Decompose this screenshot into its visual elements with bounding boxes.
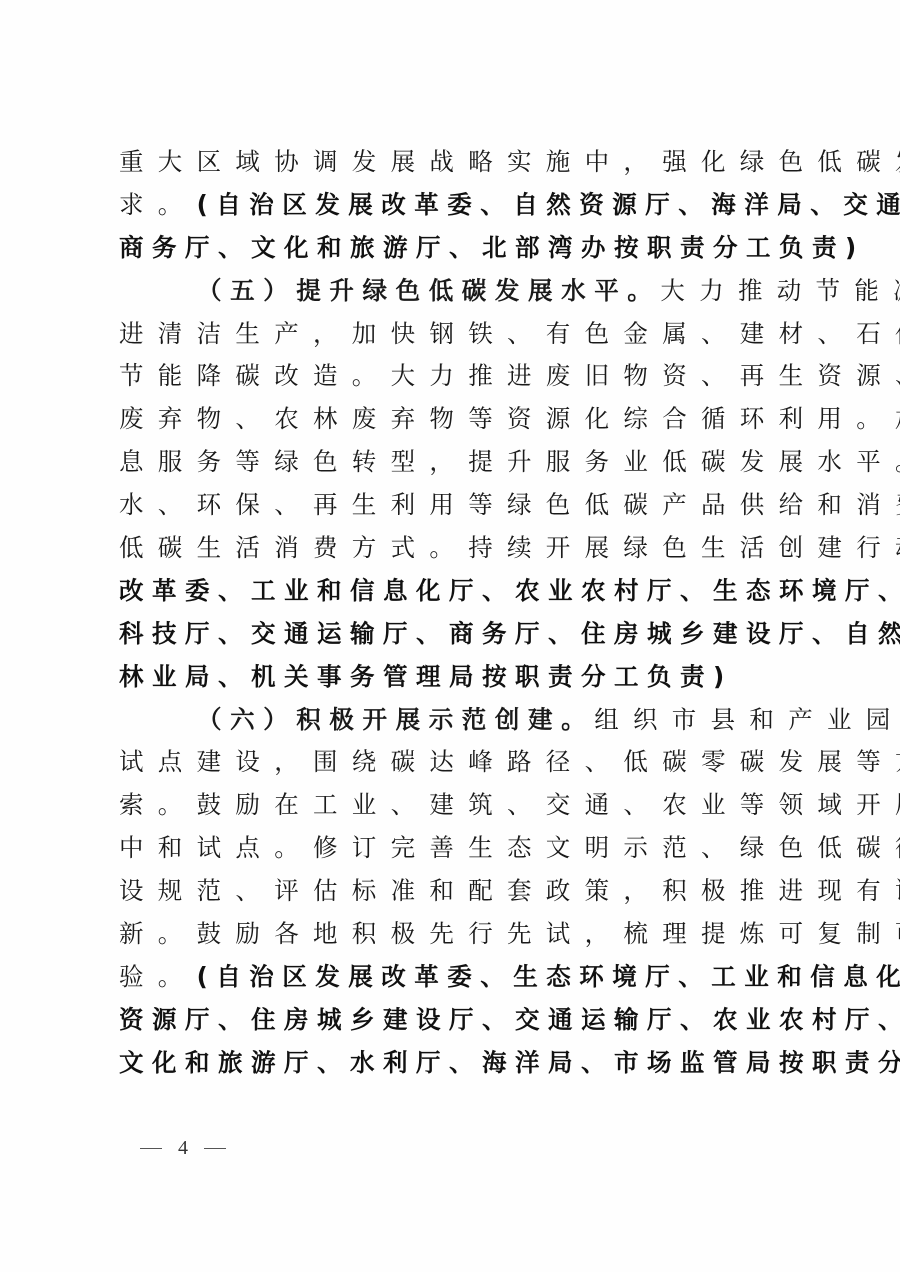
page-number: 4 [178, 1137, 188, 1160]
text-line: （六）积极开展示范创建。组织市县和产业园区开展碳达峰 [119, 699, 785, 742]
text-line: 新。鼓励各地积极先行先试，梳理提炼可复制可推广的典型经 [119, 913, 785, 956]
section-heading: （六）积极开展示范创建。 [197, 705, 594, 734]
text-line: 求。(自治区发展改革委、自然资源厅、海洋局、交通运输厅、 [119, 184, 785, 227]
text-line: 验。(自治区发展改革委、生态环境厅、工业和信息化厅、自然 [119, 956, 785, 999]
text-line: 科技厅、交通运输厅、商务厅、住房城乡建设厅、自然资源厅、 [119, 613, 785, 656]
document-page: 重大区域协调发展战略实施中，强化绿色低碳发展导向和任务要求。(自治区发展改革委、… [0, 0, 900, 1272]
responsible-departments-text: (自治区发展改革委、自然资源厅、海洋局、交通运输厅、 [197, 190, 900, 219]
text-line: 低碳生活消费方式。持续开展绿色生活创建行动。(自治区发展 [119, 527, 785, 570]
text-line: 试点建设，围绕碳达峰路径、低碳零碳发展等方面进行实践探 [119, 741, 785, 784]
responsible-departments-text: 科技厅、交通运输厅、商务厅、住房城乡建设厅、自然资源厅、 [119, 619, 900, 648]
body-text: 索。鼓励在工业、建筑、交通、农业等领域开展近零碳排放和碳 [119, 790, 900, 819]
text-line: 资源厅、住房城乡建设厅、交通运输厅、农业农村厅、林业局、 [119, 999, 785, 1042]
text-line: 林业局、机关事务管理局按职责分工负责) [119, 656, 785, 699]
document-body: 重大区域协调发展战略实施中，强化绿色低碳发展导向和任务要求。(自治区发展改革委、… [119, 141, 785, 1085]
responsible-departments-text: 资源厅、住房城乡建设厅、交通运输厅、农业农村厅、林业局、 [119, 1005, 900, 1034]
text-line: 索。鼓励在工业、建筑、交通、农业等领域开展近零碳排放和碳 [119, 784, 785, 827]
responsible-departments-text: 林业局、机关事务管理局按职责分工负责) [119, 662, 733, 691]
responsible-departments-text: 文化和旅游厅、水利厅、海洋局、市场监管局按职责分工负责) [119, 1048, 900, 1077]
text-line: 节能降碳改造。大力推进废旧物资、再生资源、工业和建筑固体 [119, 355, 785, 398]
text-line: 中和试点。修订完善生态文明示范、绿色低碳循环试点等相关建 [119, 827, 785, 870]
text-line: 进清洁生产，加快钢铁、有色金属、建材、石化化工等重点行业 [119, 313, 785, 356]
page-number-footer: 4 [140, 1137, 226, 1160]
body-text: 水、环保、再生利用等绿色低碳产品供给和消费，推动形成绿色 [119, 490, 900, 519]
body-text: 大力推动节能减排，全面推 [660, 276, 900, 305]
text-line: 息服务等绿色转型，提升服务业低碳发展水平。扩大节能、节 [119, 441, 785, 484]
text-line: 改革委、工业和信息化厅、农业农村厅、生态环境厅、水利厅、 [119, 570, 785, 613]
section-heading: （五）提升绿色低碳发展水平。 [197, 276, 660, 305]
body-text: 验。 [119, 962, 197, 991]
text-line: 废弃物、农林废弃物等资源化综合循环利用。加快商贸流通、信 [119, 398, 785, 441]
text-line: （五）提升绿色低碳发展水平。大力推动节能减排，全面推 [119, 270, 785, 313]
body-text: 低碳生活消费方式。持续开展绿色生活创建行动。 [119, 533, 900, 562]
text-line: 重大区域协调发展战略实施中，强化绿色低碳发展导向和任务要 [119, 141, 785, 184]
body-text: 息服务等绿色转型，提升服务业低碳发展水平。扩大节能、节 [119, 447, 900, 476]
body-text: 求。 [119, 190, 197, 219]
responsible-departments-text: 改革委、工业和信息化厅、农业农村厅、生态环境厅、水利厅、 [119, 576, 900, 605]
body-text: 组织市县和产业园区开展碳达峰 [594, 705, 900, 734]
body-text: 中和试点。修订完善生态文明示范、绿色低碳循环试点等相关建 [119, 833, 900, 862]
body-text: 废弃物、农林废弃物等资源化综合循环利用。加快商贸流通、信 [119, 404, 900, 433]
dash-left-decoration [140, 1148, 162, 1149]
text-line: 设规范、评估标准和配套政策，积极推进现有试点示范融合创 [119, 870, 785, 913]
responsible-departments-text: (自治区发展改革委、生态环境厅、工业和信息化厅、自然 [197, 962, 900, 991]
dash-right-decoration [204, 1148, 226, 1149]
body-text: 新。鼓励各地积极先行先试，梳理提炼可复制可推广的典型经 [119, 919, 900, 948]
responsible-departments-text: 商务厅、文化和旅游厅、北部湾办按职责分工负责) [119, 233, 865, 262]
body-text: 进清洁生产，加快钢铁、有色金属、建材、石化化工等重点行业 [119, 319, 900, 348]
body-text: 试点建设，围绕碳达峰路径、低碳零碳发展等方面进行实践探 [119, 747, 900, 776]
body-text: 设规范、评估标准和配套政策，积极推进现有试点示范融合创 [119, 876, 900, 905]
text-line: 水、环保、再生利用等绿色低碳产品供给和消费，推动形成绿色 [119, 484, 785, 527]
body-text: 节能降碳改造。大力推进废旧物资、再生资源、工业和建筑固体 [119, 361, 900, 390]
body-text: 重大区域协调发展战略实施中，强化绿色低碳发展导向和任务要 [119, 147, 900, 176]
text-line: 商务厅、文化和旅游厅、北部湾办按职责分工负责) [119, 227, 785, 270]
text-line: 文化和旅游厅、水利厅、海洋局、市场监管局按职责分工负责) [119, 1042, 785, 1085]
